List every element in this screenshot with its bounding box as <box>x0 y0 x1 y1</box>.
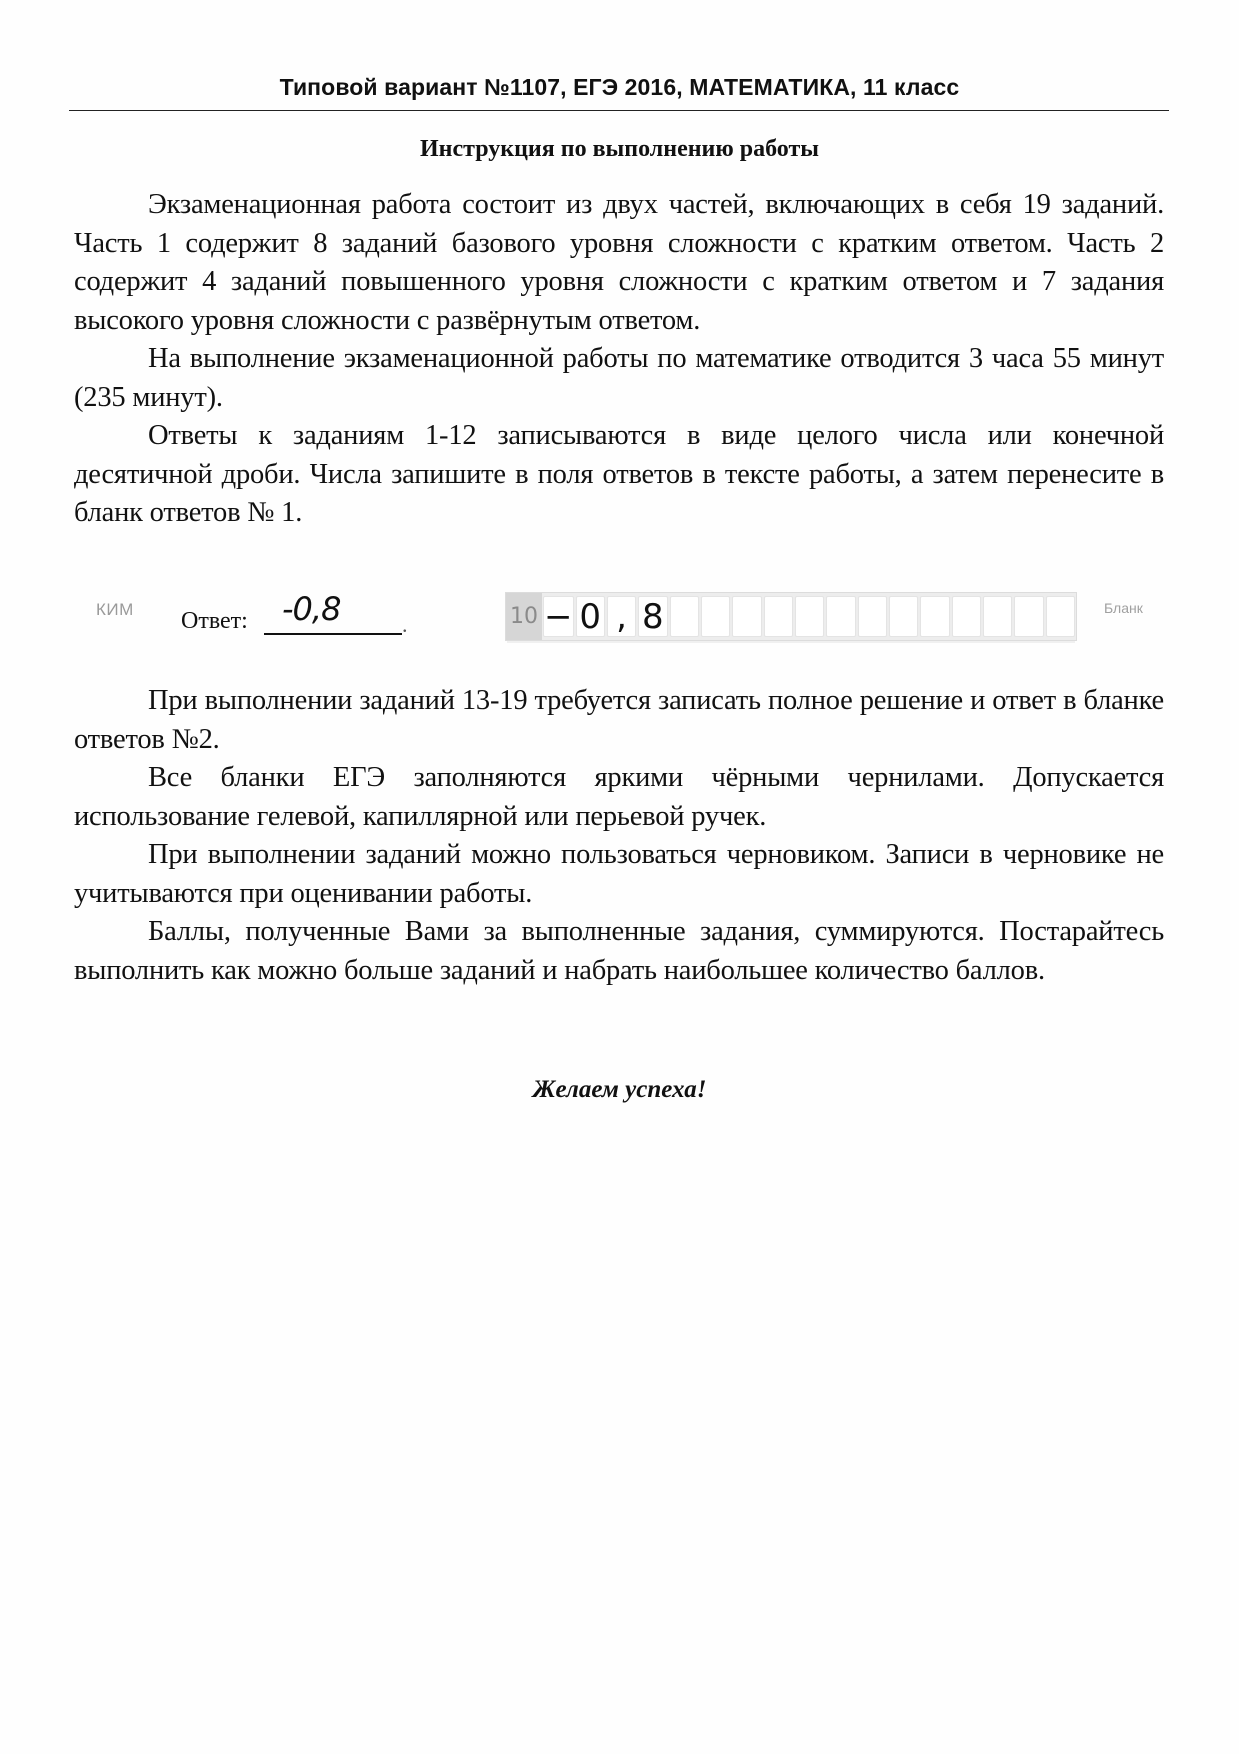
grid-cell <box>983 596 1012 637</box>
answer-underline <box>264 633 402 635</box>
paragraph-full-solution: При выполнении заданий 13-19 требуется з… <box>74 682 1164 759</box>
grid-cell <box>1046 596 1075 637</box>
answer-sheet-grid: 10 − 0 , 8 <box>505 592 1077 641</box>
grid-task-number: 10 <box>506 593 542 640</box>
grid-cell: 8 <box>638 596 667 637</box>
header-divider <box>69 110 1169 111</box>
grid-cell: 0 <box>576 596 605 637</box>
grid-cell <box>952 596 981 637</box>
grid-cell <box>795 596 824 637</box>
handwritten-answer: -0,8 <box>282 590 340 628</box>
instructions-part-2: При выполнении заданий 13-19 требуется з… <box>74 682 1164 990</box>
grid-cell <box>701 596 730 637</box>
grid-cell <box>920 596 949 637</box>
section-title: Инструкция по выполнению работы <box>0 136 1239 163</box>
paragraph-draft: При выполнении заданий можно пользоватьс… <box>74 836 1164 913</box>
grid-cell <box>1014 596 1043 637</box>
answer-period: . <box>402 612 408 638</box>
kim-label: КИМ <box>96 600 134 620</box>
page-header-title: Типовой вариант №1107, ЕГЭ 2016, МАТЕМАТ… <box>0 74 1239 101</box>
paragraph-structure: Экзаменационная работа состоит из двух ч… <box>74 186 1164 340</box>
grid-cell: , <box>607 596 636 637</box>
grid-cell: − <box>543 596 574 637</box>
answer-label: Ответ: <box>181 608 248 635</box>
grid-cell <box>858 596 887 637</box>
grid-cell <box>826 596 855 637</box>
paragraph-ink: Все бланки ЕГЭ заполняются яркими чёрным… <box>74 759 1164 836</box>
closing-wish: Желаем успеха! <box>0 1076 1239 1104</box>
answer-example: КИМ Ответ: -0,8 . 10 − 0 , 8 Бланк <box>0 590 1239 650</box>
instructions-part-1: Экзаменационная работа состоит из двух ч… <box>74 186 1164 533</box>
grid-cell <box>732 596 761 637</box>
paragraph-duration: На выполнение экзаменационной работы по … <box>74 340 1164 417</box>
grid-cell <box>764 596 793 637</box>
document-page: Типовой вариант №1107, ЕГЭ 2016, МАТЕМАТ… <box>0 0 1239 1754</box>
paragraph-scoring: Баллы, полученные Вами за выполненные за… <box>74 913 1164 990</box>
blank-label: Бланк <box>1104 600 1143 616</box>
grid-cell <box>889 596 918 637</box>
grid-cell <box>670 596 699 637</box>
paragraph-short-answers: Ответы к заданиям 1-12 записываются в ви… <box>74 417 1164 533</box>
